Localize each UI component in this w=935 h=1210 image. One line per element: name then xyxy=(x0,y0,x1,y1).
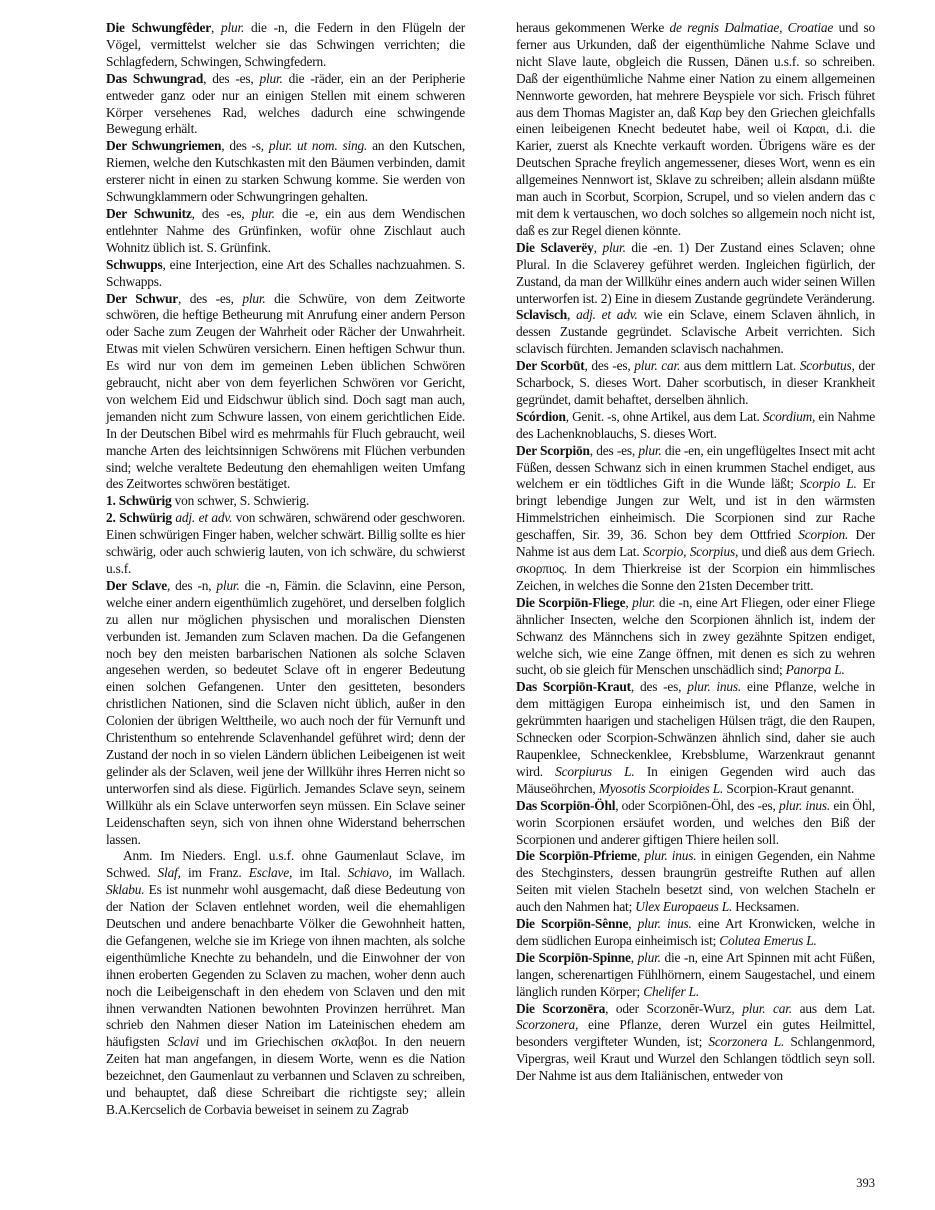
dictionary-entry: 2. Schwürig adj. et adv. von schwären, s… xyxy=(106,510,465,578)
entry-italic-text: Scorpio, Scorpius, xyxy=(643,544,738,559)
entry-text: , oder Scorpiōnen-Öhl, des -es, xyxy=(615,798,779,813)
entry-text: , xyxy=(567,307,576,322)
entry-italic-text: Slaf, xyxy=(158,865,181,880)
dictionary-entry: Die Schwungfêder, plur. die -n, die Fede… xyxy=(106,20,465,71)
entry-italic-text: Esclave, xyxy=(249,865,292,880)
entry-italic-text: plur. xyxy=(638,443,661,458)
entry-italic-text: Colutea Emerus L. xyxy=(719,933,816,948)
entry-italic-text: plur. inus. xyxy=(638,916,692,931)
entry-text: , Genit. -s, ohne Artikel, aus dem Lat. xyxy=(566,409,763,424)
entry-headword: Schwupps xyxy=(106,257,162,272)
entry-italic-text: plur. inus. xyxy=(687,679,741,694)
text-columns: Die Schwungfêder, plur. die -n, die Fede… xyxy=(0,0,935,1119)
entry-headword: Das Scorpiōn-Kraut xyxy=(516,679,631,694)
dictionary-entry: Schwupps, eine Interjection, eine Art de… xyxy=(106,257,465,291)
entry-text: , des -es, xyxy=(631,679,687,694)
entry-headword: 1. Schwürig xyxy=(106,493,172,508)
entry-italic-text: Scorpion. xyxy=(798,527,848,542)
dictionary-page: Die Schwungfêder, plur. die -n, die Fede… xyxy=(0,0,935,1210)
dictionary-entry: Der Sclave, des -n, plur. die -n, Fämin.… xyxy=(106,578,465,849)
dictionary-entry: Die Scorpiōn-Sênne, plur. inus. eine Art… xyxy=(516,916,875,950)
entry-text: , des -s, xyxy=(221,138,269,153)
entry-headword: Die Schwungfêder xyxy=(106,20,211,35)
entry-italic-text: Scorpiurus L. xyxy=(555,764,634,779)
entry-headword: Der Schwunitz xyxy=(106,206,192,221)
dictionary-entry: Anm. Im Nieders. Engl. u.s.f. ohne Gaume… xyxy=(106,848,465,1119)
entry-text: im Franz. xyxy=(181,865,249,880)
entry-headword: Der Sclave xyxy=(106,578,167,593)
entry-italic-text: Scordium, xyxy=(763,409,815,424)
dictionary-entry: Die Scorpiōn-Spinne, plur. die -n, eine … xyxy=(516,950,875,1001)
dictionary-entry: Der Schwungriemen, des -s, plur. ut nom.… xyxy=(106,138,465,206)
dictionary-entry: Das Scorpiōn-Öhl, oder Scorpiōnen-Öhl, d… xyxy=(516,798,875,849)
dictionary-entry: Die Scorpiōn-Fliege, plur. die -n, eine … xyxy=(516,595,875,680)
entry-text: , xyxy=(594,240,603,255)
entry-headword: Die Scorpiōn-Spinne xyxy=(516,950,631,965)
dictionary-entry: Die Scorpiōn-Pfrieme, plur. inus. in ein… xyxy=(516,848,875,916)
entry-italic-text: Panorpa L. xyxy=(786,662,845,677)
dictionary-entry: Der Scorbūt, des -es, plur. car. aus dem… xyxy=(516,358,875,409)
dictionary-entry: 1. Schwürig von schwer, S. Schwierig. xyxy=(106,493,465,510)
entry-italic-text: plur. xyxy=(603,240,626,255)
entry-italic-text: plur. xyxy=(221,20,244,35)
entry-text: , des -n, xyxy=(167,578,216,593)
entry-text: , oder Scorzonēr-Wurz, xyxy=(605,1001,742,1016)
dictionary-entry: Der Scorpiōn, des -es, plur. die -en, ei… xyxy=(516,443,875,595)
entry-italic-text: plur. xyxy=(216,578,239,593)
entry-headword: Der Scorpiōn xyxy=(516,443,590,458)
entry-headword: Das Schwungrad xyxy=(106,71,203,86)
entry-italic-text: de regnis Dalmatiae, Croatiae xyxy=(670,20,834,35)
entry-italic-text: plur. xyxy=(242,291,265,306)
entry-italic-text: adj. et adv. xyxy=(175,510,232,525)
entry-text: , xyxy=(631,950,638,965)
entry-text: , des -es, xyxy=(584,358,634,373)
entry-italic-text: plur. inus. xyxy=(644,848,696,863)
dictionary-entry: Das Scorpiōn-Kraut, des -es, plur. inus.… xyxy=(516,679,875,797)
entry-italic-text: Myosotis Scorpioides L. xyxy=(599,781,723,796)
dictionary-entry: Der Schwur, des -es, plur. die Schwüre, … xyxy=(106,291,465,494)
entry-italic-text: Ulex Europaeus L. xyxy=(635,899,732,914)
entry-italic-text: plur. xyxy=(252,206,275,221)
entry-text: Es ist nunmehr wohl ausgemacht, daß dies… xyxy=(106,882,465,1049)
entry-text: im Ital. xyxy=(292,865,348,880)
entry-italic-text: Scorzonera L. xyxy=(708,1034,784,1049)
entry-text: Hecksamen. xyxy=(732,899,799,914)
entry-text: aus dem Lat. xyxy=(792,1001,875,1016)
dictionary-entry: Die Sclaverëy, plur. die -en. 1) Der Zus… xyxy=(516,240,875,308)
dictionary-entry: Scórdion, Genit. -s, ohne Artikel, aus d… xyxy=(516,409,875,443)
entry-text: die Schwüre, von dem Zeitworte schwören,… xyxy=(106,291,465,492)
entry-text: , des -es, xyxy=(590,443,639,458)
entry-text: , des -es, xyxy=(203,71,259,86)
dictionary-entry: Der Schwunitz, des -es, plur. die -e, ei… xyxy=(106,206,465,257)
entry-italic-text: Sklabu. xyxy=(106,882,144,897)
entry-headword: Die Scorpiōn-Sênne xyxy=(516,916,628,931)
entry-italic-text: Schiavo, xyxy=(348,865,392,880)
entry-text: , xyxy=(211,20,221,35)
entry-headword: Der Scorbūt xyxy=(516,358,584,373)
entry-italic-text: plur. xyxy=(638,950,661,965)
entry-italic-text: adj. et adv. xyxy=(576,307,638,322)
entry-text: Scorpion-Kraut genannt. xyxy=(723,781,854,796)
entry-text: im Wallach. xyxy=(392,865,465,880)
dictionary-entry: Sclavisch, adj. et adv. wie ein Sclave, … xyxy=(516,307,875,358)
page-number: 393 xyxy=(856,1176,875,1191)
entry-italic-text: Scorbutus, xyxy=(800,358,855,373)
entry-headword: Der Schwungriemen xyxy=(106,138,221,153)
entry-headword: Die Scorpiōn-Pfrieme xyxy=(516,848,637,863)
entry-italic-text: Chelifer L. xyxy=(643,984,699,999)
entry-headword: 2. Schwürig xyxy=(106,510,172,525)
entry-italic-text: plur. ut nom. sing. xyxy=(269,138,367,153)
entry-text: , des -es, xyxy=(192,206,252,221)
entry-text: heraus gekommenen Werke xyxy=(516,20,670,35)
dictionary-entry: Das Schwungrad, des -es, plur. die -räde… xyxy=(106,71,465,139)
entry-text: und so ferner aus Urkunden, daß der eige… xyxy=(516,20,875,238)
entry-italic-text: Sclavi xyxy=(167,1034,199,1049)
entry-italic-text: plur. xyxy=(632,595,655,610)
entry-italic-text: plur. xyxy=(260,71,283,86)
entry-italic-text: Scorpio L. xyxy=(800,476,857,491)
entry-italic-text: plur. car. xyxy=(742,1001,792,1016)
entry-italic-text: plur. inus. xyxy=(779,798,830,813)
entry-headword: Sclavisch xyxy=(516,307,567,322)
entry-italic-text: plur. car. xyxy=(634,358,680,373)
entry-text: von schwer, S. Schwierig. xyxy=(172,493,309,508)
entry-text: aus dem mittlern Lat. xyxy=(680,358,800,373)
entry-text: die -n, Fämin. die Sclavinn, eine Person… xyxy=(106,578,465,847)
dictionary-entry: Die Scorzonēra, oder Scorzonēr-Wurz, plu… xyxy=(516,1001,875,1086)
entry-italic-text: Scorzonera, xyxy=(516,1017,578,1032)
entry-headword: Das Scorpiōn-Öhl xyxy=(516,798,615,813)
left-column: Die Schwungfêder, plur. die -n, die Fede… xyxy=(106,20,465,1119)
entry-headword: Der Schwur xyxy=(106,291,178,306)
entry-headword: Scórdion xyxy=(516,409,566,424)
entry-headword: Die Scorpiōn-Fliege xyxy=(516,595,625,610)
entry-text: , xyxy=(628,916,637,931)
entry-headword: Die Scorzonēra xyxy=(516,1001,605,1016)
entry-text: , des -es, xyxy=(178,291,242,306)
entry-headword: Die Sclaverëy xyxy=(516,240,594,255)
dictionary-entry: heraus gekommenen Werke de regnis Dalmat… xyxy=(516,20,875,240)
right-column: heraus gekommenen Werke de regnis Dalmat… xyxy=(516,20,875,1119)
